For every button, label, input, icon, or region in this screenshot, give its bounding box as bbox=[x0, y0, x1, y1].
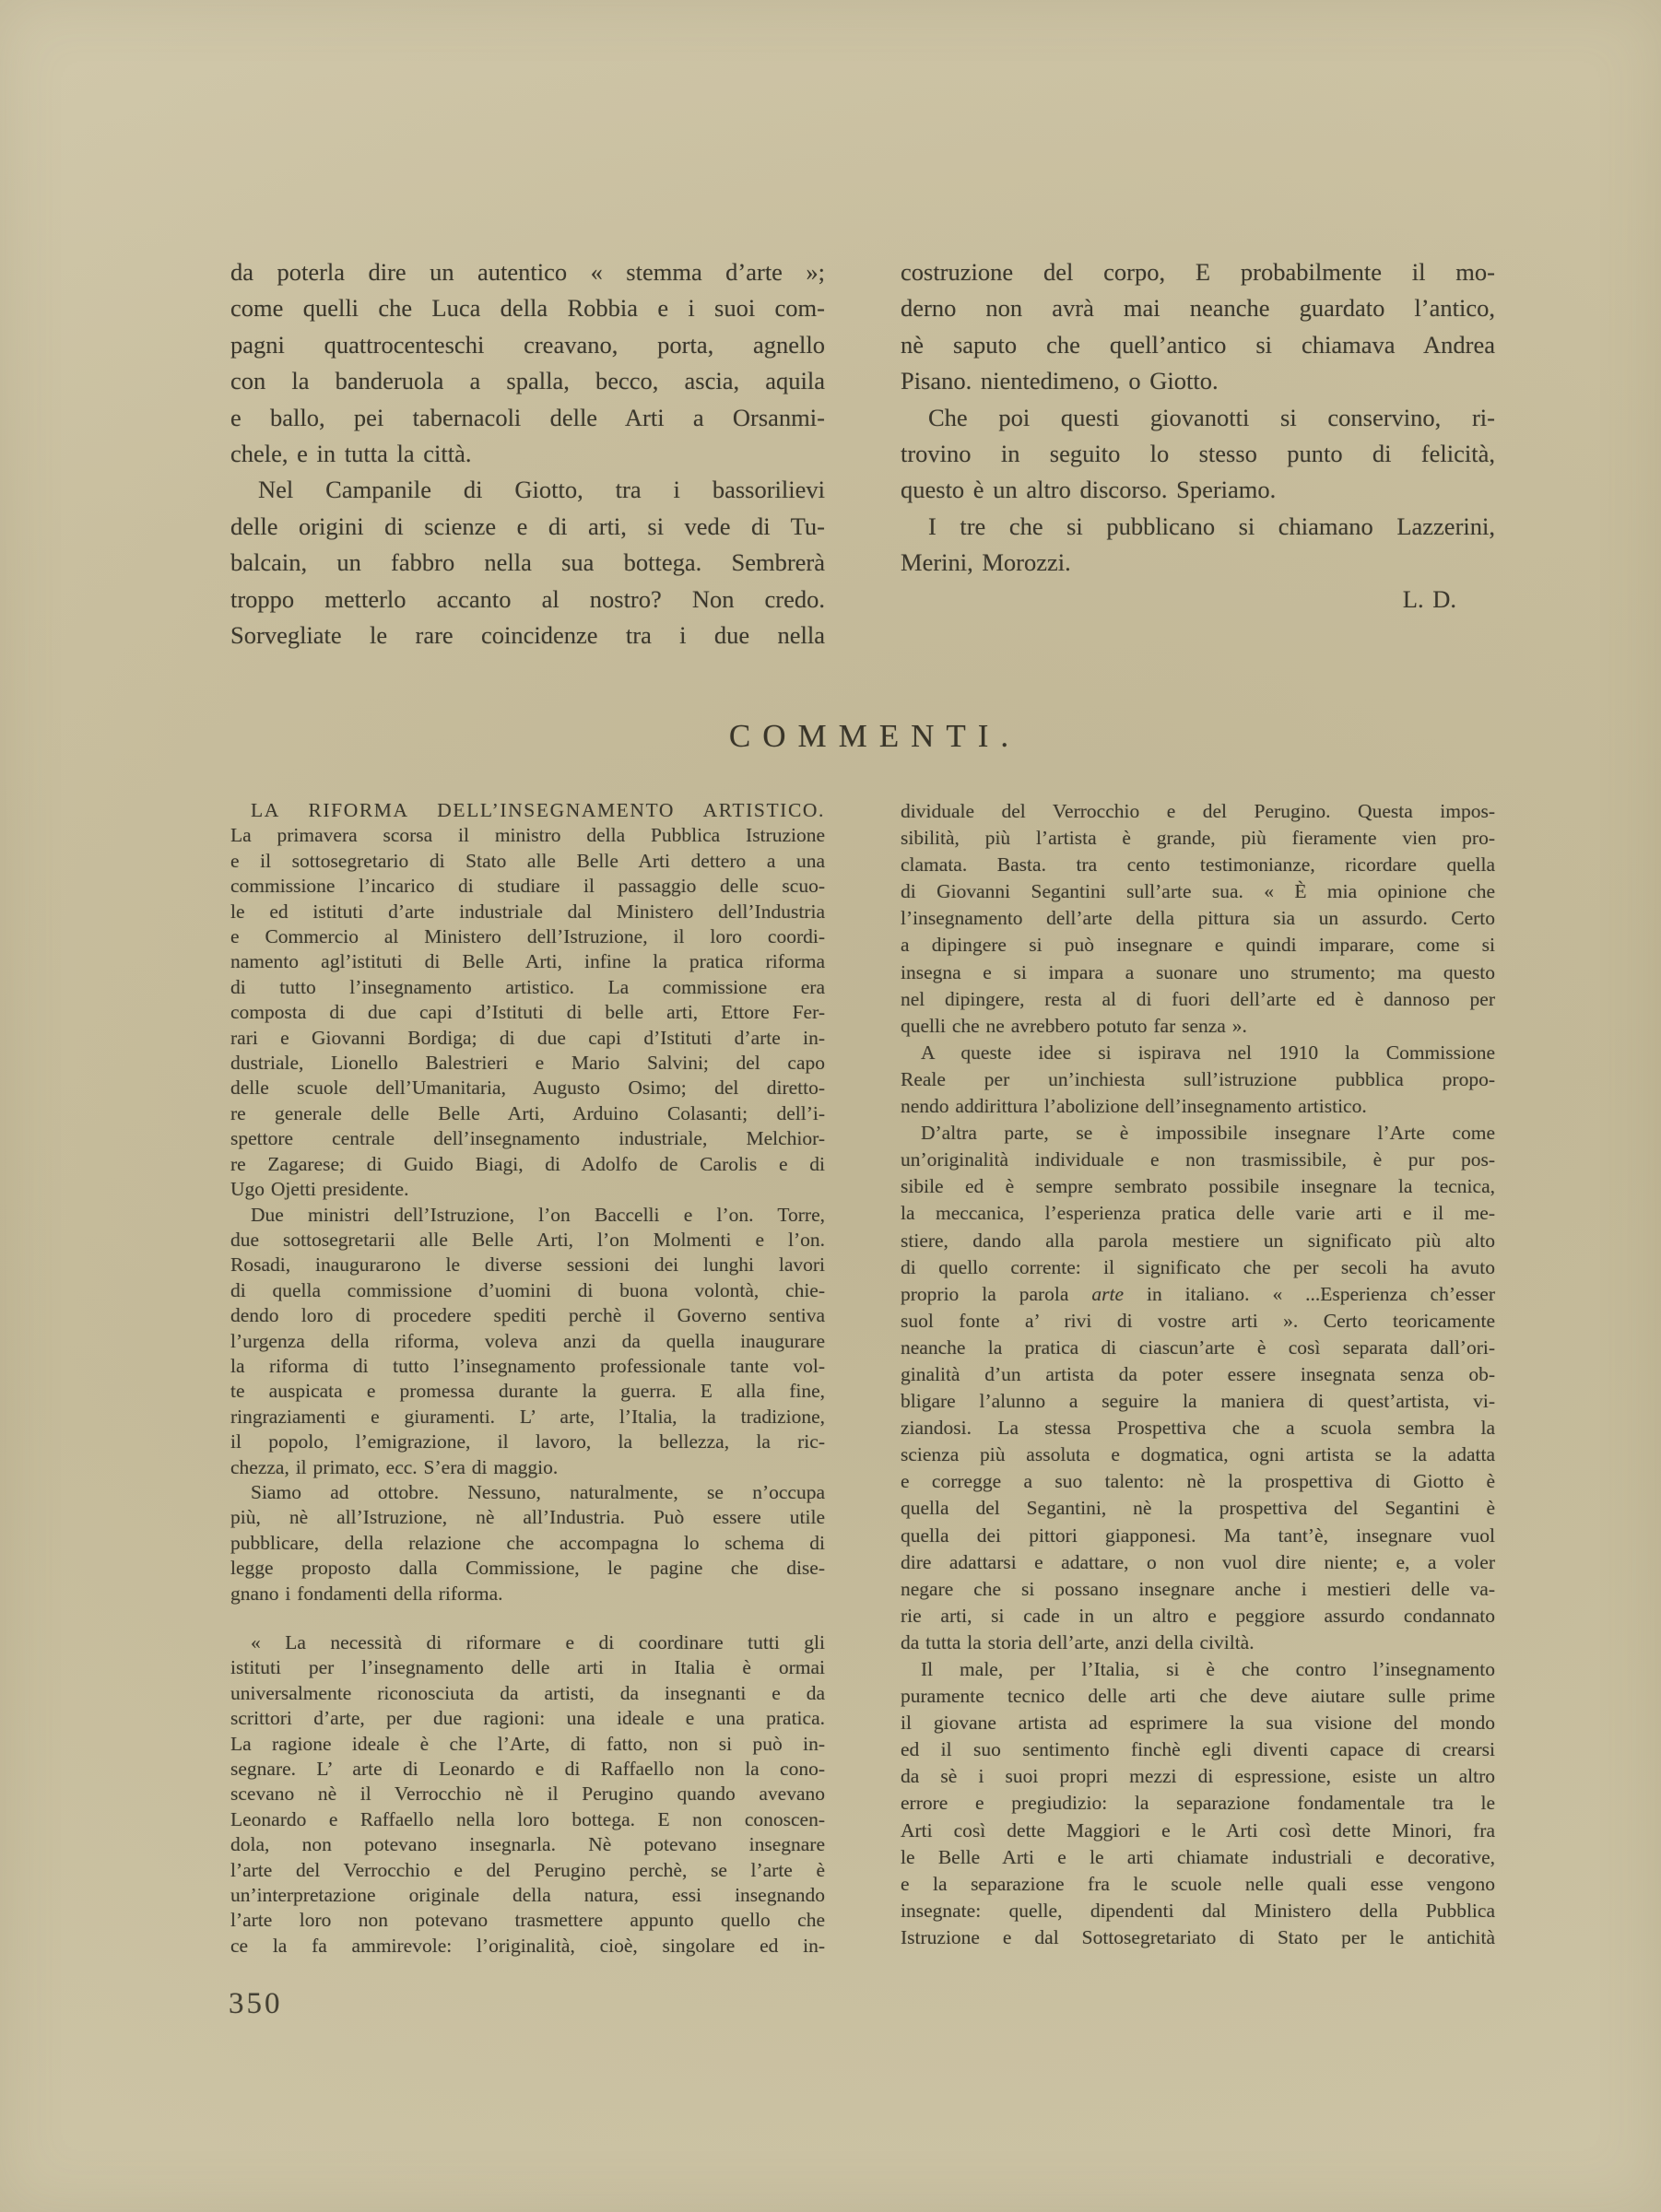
text-line: re Zagarese; di Guido Biagi, di Adolfo d… bbox=[230, 1152, 825, 1177]
text-line: chezza, il primato, ecc. S’era di maggio… bbox=[230, 1455, 825, 1480]
text-line: istituti per l’insegnamento delle arti i… bbox=[230, 1655, 825, 1680]
text-line: delle scuole dell’Umanitaria, Augusto Os… bbox=[230, 1076, 825, 1100]
text-line: te auspicata e promessa durante la guerr… bbox=[230, 1379, 825, 1404]
text-line: da tutta la storia dell’arte, anzi della… bbox=[901, 1630, 1495, 1656]
text-line: L. D. bbox=[901, 582, 1495, 618]
text-line: errore e pregiudizio: la separazione fon… bbox=[901, 1790, 1495, 1817]
text-line: ed il suo sentimento finchè egli diventi… bbox=[901, 1736, 1495, 1763]
text-line: sibilità, più l’artista è grande, più fi… bbox=[901, 825, 1495, 852]
text-line: chele, e in tutta la città. bbox=[230, 436, 825, 472]
text-line: di tutto l’insegnamento artistico. La co… bbox=[230, 975, 825, 1000]
text-line: « La necessità di riformare e di coordin… bbox=[230, 1630, 825, 1655]
text-line: scevano nè il Verrocchio nè il Perugino … bbox=[230, 1782, 825, 1806]
text-line: l’urgenza della riforma, voleva anzi da … bbox=[230, 1329, 825, 1354]
text-line: nendo addirittura l’abolizione dell’inse… bbox=[901, 1093, 1495, 1120]
text-line: scrittori d’arte, per due ragioni: una i… bbox=[230, 1706, 825, 1731]
text-line: più, nè all’Istruzione, nè all’Industria… bbox=[230, 1505, 825, 1530]
text-line: I tre che si pubblicano si chiamano Lazz… bbox=[901, 509, 1495, 545]
text-line: da poterla dire un autentico « stemma d’… bbox=[230, 254, 825, 290]
text-line: A queste idee si ispirava nel 1910 la Co… bbox=[901, 1040, 1495, 1066]
text-line: puramente tecnico delle arti che deve ai… bbox=[901, 1683, 1495, 1710]
text-line: quella del Segantini, nè la prospettiva … bbox=[901, 1495, 1495, 1522]
text-line: commissione l’incarico di studiare il pa… bbox=[230, 874, 825, 899]
text-line: ziandosi. La stessa Prospettiva che a sc… bbox=[901, 1415, 1495, 1441]
text-line: trovino in seguito lo stesso punto di fe… bbox=[901, 436, 1495, 472]
text-line: namento agl’istituti di Belle Arti, infi… bbox=[230, 949, 825, 974]
text-line: Sorvegliate le rare coincidenze tra i du… bbox=[230, 618, 825, 653]
text-line: Il male, per l’Italia, si è che contro l… bbox=[901, 1656, 1495, 1683]
text-line: e la separazione fra le scuole nelle qua… bbox=[901, 1871, 1495, 1898]
text-line: gnano i fondamenti della riforma. bbox=[230, 1582, 825, 1606]
text-line: quelli che ne avrebbero potuto far senza… bbox=[901, 1013, 1495, 1040]
text-line: Ugo Ojetti presidente. bbox=[230, 1177, 825, 1202]
text-line: le Belle Arti e le arti chiamate industr… bbox=[901, 1844, 1495, 1871]
text-line: composta di due capi d’Istituti di belle… bbox=[230, 1000, 825, 1025]
text-line: Che poi questi giovanotti si conservino,… bbox=[901, 400, 1495, 436]
text-line: un’originalità individuale e non trasmis… bbox=[901, 1147, 1495, 1173]
text-line: Reale per un’inchiesta sull’istruzione p… bbox=[901, 1066, 1495, 1093]
text-line: Siamo ad ottobre. Nessuno, naturalmente,… bbox=[230, 1480, 825, 1505]
comments-left-column: LA RIFORMA DELL’INSEGNAMENTO ARTISTICO.L… bbox=[230, 798, 825, 1959]
comments-right-column: dividuale del Verrocchio e del Perugino.… bbox=[901, 798, 1495, 1959]
text-line: e il sottosegretario di Stato alle Belle… bbox=[230, 849, 825, 874]
text-line: un’interpretazione originale della natur… bbox=[230, 1883, 825, 1908]
text-line: il giovane artista ad esprimere la sua v… bbox=[901, 1710, 1495, 1736]
top-right-column: costruzione del corpo, E probabilmente i… bbox=[901, 254, 1495, 653]
top-left-column: da poterla dire un autentico « stemma d’… bbox=[230, 254, 825, 653]
text-line: dire adattarsi e adattare, o non vuol di… bbox=[901, 1549, 1495, 1576]
text-line: troppo metterlo accanto al nostro? Non c… bbox=[230, 582, 825, 618]
text-line: D’altra parte, se è impossibile insegnar… bbox=[901, 1120, 1495, 1147]
text-line: clamata. Basta. tra cento testimonianze,… bbox=[901, 852, 1495, 878]
text-line: nel dipingere, resta al di fuori dell’ar… bbox=[901, 986, 1495, 1013]
text-line: neanche la pratica di ciascun’arte è cos… bbox=[901, 1335, 1495, 1361]
text-line: rie arti, si cade in un altro e peggiore… bbox=[901, 1603, 1495, 1630]
text-line: come quelli che Luca della Robbia e i su… bbox=[230, 290, 825, 326]
text-line: quella dei pittori giapponesi. Ma tant’è… bbox=[901, 1523, 1495, 1549]
text-line: costruzione del corpo, E probabilmente i… bbox=[901, 254, 1495, 290]
text-line: Nel Campanile di Giotto, tra i bassorili… bbox=[230, 472, 825, 508]
text-line: suol fonte a’ rivi di vostre arti ». Cer… bbox=[901, 1308, 1495, 1335]
text-line: di quello corrente: il significato che p… bbox=[901, 1254, 1495, 1281]
page-number: 350 bbox=[229, 1987, 283, 2021]
text-line: dustriale, Lionello Balestrieri e Mario … bbox=[230, 1051, 825, 1076]
text-line: a dipingere si può insegnare e quindi im… bbox=[901, 932, 1495, 959]
text-line: ginalità d’un artista da poter essere in… bbox=[901, 1361, 1495, 1388]
text-line: di quella commissione d’uomini di buona … bbox=[230, 1278, 825, 1303]
top-article: da poterla dire un autentico « stemma d’… bbox=[230, 254, 1495, 653]
text-line: Pisano. nientedimeno, o Giotto. bbox=[901, 363, 1495, 399]
text-line: Rosadi, inaugurarono le diverse sessioni… bbox=[230, 1253, 825, 1277]
text-line: La primavera scorsa il ministro della Pu… bbox=[230, 823, 825, 848]
text-line: legge proposto dalla Commissione, le pag… bbox=[230, 1556, 825, 1581]
text-line: dola, non potevano insegnarla. Nè poteva… bbox=[230, 1832, 825, 1857]
section-heading: COMMENTI. bbox=[230, 718, 1507, 755]
text-line: Arti così dette Maggiori e le Arti così … bbox=[901, 1818, 1495, 1844]
text-line: ce la fa ammirevole: l’originalità, cioè… bbox=[230, 1934, 825, 1959]
text-line: proprio la parola arte in italiano. « ..… bbox=[901, 1281, 1495, 1308]
text-line: rari e Giovanni Bordiga; di due capi d’I… bbox=[230, 1026, 825, 1051]
text-line: due sottosegretarii alle Belle Arti, l’o… bbox=[230, 1228, 825, 1253]
text-line: re generale delle Belle Arti, Arduino Co… bbox=[230, 1101, 825, 1126]
text-line: scienza più assoluta e dogmatica, ogni a… bbox=[901, 1441, 1495, 1468]
text-line: nè saputo che quell’antico si chiamava A… bbox=[901, 327, 1495, 363]
text-line: Istruzione e dal Sottosegretariato di St… bbox=[901, 1924, 1495, 1951]
text-line: da sè i suoi propri mezzi di espressione… bbox=[901, 1763, 1495, 1790]
text-line: stiere, dando alla parola mestiere un si… bbox=[901, 1228, 1495, 1254]
text-line: Merini, Morozzi. bbox=[901, 545, 1495, 581]
text-line: pubblicare, della relazione che accompag… bbox=[230, 1531, 825, 1556]
text-line: questo è un altro discorso. Speriamo. bbox=[901, 472, 1495, 508]
text-line: insegna e si impara a suonare uno strume… bbox=[901, 959, 1495, 986]
text-line: Due ministri dell’Istruzione, l’on Bacce… bbox=[230, 1203, 825, 1228]
text-line: dividuale del Verrocchio e del Perugino.… bbox=[901, 798, 1495, 825]
text-line: segnare. L’ arte di Leonardo e di Raffae… bbox=[230, 1757, 825, 1782]
text-line: insegnate: quelle, dipendenti dal Minist… bbox=[901, 1898, 1495, 1924]
text-line: negare che si possano insegnare anche i … bbox=[901, 1576, 1495, 1603]
magazine-page: da poterla dire un autentico « stemma d’… bbox=[0, 0, 1661, 2212]
text-line: dendo loro di procedere spediti perchè i… bbox=[230, 1303, 825, 1328]
text-line: derno non avrà mai neanche guardato l’an… bbox=[901, 290, 1495, 326]
text-line: La ragione ideale è che l’Arte, di fatto… bbox=[230, 1732, 825, 1757]
text-line: l’insegnamento dell’arte della pittura s… bbox=[901, 905, 1495, 932]
text-line: balcain, un fabbro nella sua bottega. Se… bbox=[230, 545, 825, 581]
text-line: spettore centrale dell’insegnamento indu… bbox=[230, 1126, 825, 1151]
text-line: ringraziamenti e giuramenti. L’ arte, l’… bbox=[230, 1405, 825, 1430]
text-line: di Giovanni Segantini sull’arte sua. « È… bbox=[901, 878, 1495, 905]
text-line: e corregge a suo talento: nè la prospett… bbox=[901, 1468, 1495, 1495]
text-line: la meccanica, l’esperienza pratica delle… bbox=[901, 1200, 1495, 1227]
text-line: e Commercio al Ministero dell’Istruzione… bbox=[230, 924, 825, 949]
text-line: con la banderuola a spalla, becco, ascia… bbox=[230, 363, 825, 399]
comments-article: LA RIFORMA DELL’INSEGNAMENTO ARTISTICO.L… bbox=[230, 798, 1495, 1959]
text-line: l’arte loro non potevano trasmettere app… bbox=[230, 1908, 825, 1933]
paragraph-gap bbox=[230, 1606, 825, 1630]
text-line: sibile ed è sempre sembrato possibile in… bbox=[901, 1173, 1495, 1200]
text-line: LA RIFORMA DELL’INSEGNAMENTO ARTISTICO. bbox=[230, 798, 825, 823]
text-line: pagni quattrocenteschi creavano, porta, … bbox=[230, 327, 825, 363]
text-line: la riforma di tutto l’insegnamento profe… bbox=[230, 1354, 825, 1379]
text-line: bligare l’alunno a seguire la maniera di… bbox=[901, 1388, 1495, 1415]
text-line: delle origini di scienze e di arti, si v… bbox=[230, 509, 825, 545]
text-line: e ballo, pei tabernacoli delle Arti a Or… bbox=[230, 400, 825, 436]
text-line: il popolo, l’emigrazione, il lavoro, la … bbox=[230, 1430, 825, 1454]
text-line: Leonardo e Raffaello nella loro bottega.… bbox=[230, 1807, 825, 1832]
text-line: le ed istituti d’arte industriale dal Mi… bbox=[230, 900, 825, 924]
text-line: universalmente riconosciuta da artisti, … bbox=[230, 1681, 825, 1706]
text-line: l’arte del Verrocchio e del Perugino per… bbox=[230, 1858, 825, 1883]
